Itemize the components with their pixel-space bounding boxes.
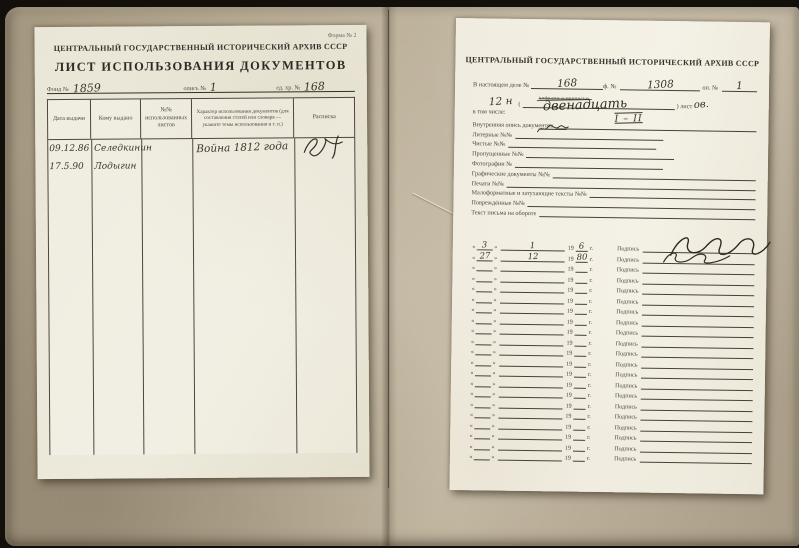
month-blank [500,297,564,305]
sheets-label: ) лист [676,103,692,110]
signature-label: Подпись [617,257,643,263]
field-label: Текст письма на обороте [471,209,539,217]
day-blank [476,328,492,335]
day-blank [474,422,490,429]
month-blank [499,370,563,378]
year-blank: 6 [576,241,588,252]
signature-label: Подпись [614,446,640,452]
day-blank [475,380,491,387]
day-blank [474,412,490,419]
item-value-handwritten: 168 [304,80,326,94]
quote-close: » [491,339,497,345]
field-label: Повреждённые №№ [471,199,527,207]
signature-label: Подпись [616,289,642,295]
month-blank [500,318,564,326]
signature-rows: « 3 » 1 19 6 г. Подпись « 27 » 12 19 80 … [468,240,755,464]
year-blank [575,277,587,284]
day-blank: 3 [477,240,493,251]
signature-label: Подпись [615,373,641,379]
usage-rows: 09.12.86 Селедкинин Война 1812 года 17.5… [48,140,354,178]
month-blank [499,381,563,389]
signature-label: Подпись [617,278,643,284]
year-suffix: г. [587,330,592,336]
year-blank: 80 [576,252,588,263]
column-header-sheets: №№ использованных листов [141,99,192,138]
column-header-usage: Характер использования документов (для с… [192,98,295,138]
item-label: ед. хр. № [276,84,300,91]
table-rule [91,140,94,455]
year-handwritten: 6 [579,242,585,252]
sheet-count-digits-handwritten: 12 н [489,95,513,108]
quote-close: » [491,371,497,377]
folder-crease-line [388,10,389,488]
signature-label: Подпись [616,299,642,305]
crossed-out-scribble-icon [535,123,569,135]
signature-label: Подпись [615,404,641,410]
year-blank [573,455,585,462]
year-blank [575,287,587,294]
year-suffix: г. [587,278,592,284]
signature-label: Подпись [615,415,641,421]
quote-close: » [492,329,498,335]
quote-close: » [493,245,499,251]
case-label: В настоящем деле № [473,81,531,89]
quote-close: » [492,287,498,293]
year-blank [575,308,587,315]
year-suffix: г. [587,267,592,273]
year-blank [574,392,586,399]
quote-close: » [492,318,498,324]
signature-label: Подпись [616,331,642,337]
sheet-count-words-handwritten: двенадцать [542,96,627,114]
signature-flourish-icon [298,134,346,160]
year-prefix: 19 [562,435,573,441]
quote-close: » [490,444,496,450]
opis-value-handwritten: 1 [210,81,218,94]
year-prefix: 19 [564,309,575,315]
day-blank [476,296,492,303]
day-blank [475,338,491,345]
day-blank [475,359,491,366]
day-blank [475,349,491,356]
archive-name-header: ЦЕНТРАЛЬНЫЙ ГОСУДАРСТВЕННЫЙ ИСТОРИЧЕСКИЙ… [465,55,759,68]
year-prefix: 19 [563,351,574,357]
month-blank [498,454,562,462]
paren-open: ( [518,101,520,108]
year-suffix: г. [586,351,591,357]
sheets-suffix-handwritten: ов. [694,99,710,111]
usage-topic-handwritten: Война 1812 года [192,139,295,155]
folder-crease [381,7,397,546]
signature-label: Подпись [617,247,643,253]
year-suffix: г. [587,288,592,294]
quote-close: » [492,277,498,283]
signature-label: Подпись [614,436,640,442]
month-blank [498,412,562,420]
signature-label: Подпись [616,310,642,316]
day-blank [476,275,492,282]
year-suffix: г. [588,246,593,252]
year-blank [575,298,587,305]
year-suffix: г. [585,435,590,441]
month-handwritten: 12 [527,252,538,262]
month-blank [500,265,564,273]
page-title: ЛИСТ ИСПОЛЬЗОВАНИЯ ДОКУМЕНТОВ [35,58,367,75]
case-value-handwritten: 168 [557,77,577,90]
year-prefix: 19 [563,341,574,347]
day-blank [475,391,491,398]
day-blank [476,307,492,314]
year-prefix: 19 [564,288,575,294]
blank-space [101,92,184,93]
field-label: Пропущенные №№ [472,150,527,158]
day-blank: 27 [477,250,493,261]
column-header-receipt: Расписка [294,98,354,137]
signature-label: Подпись [616,320,642,326]
year-blank [574,361,586,368]
year-suffix: г. [586,372,591,378]
year-prefix: 19 [565,257,576,263]
column-header-date: Дата выдачи [48,100,91,139]
quote-close: » [491,360,497,366]
year-prefix: 19 [564,299,575,305]
day-blank [476,265,492,272]
year-suffix: г. [586,362,591,368]
field-label: Чистые №№ [472,141,508,149]
usage-date-handwritten: 17.5.90 [48,160,91,172]
usage-issued-to-handwritten: Лодыгин [91,159,142,171]
signature-label: Подпись [617,268,643,274]
year-prefix: 19 [564,330,575,336]
quote-close: » [491,402,497,408]
year-suffix: г. [586,383,591,389]
day-blank [474,433,490,440]
date-signature-section: « 3 » 1 19 6 г. Подпись « 27 » 12 19 80 … [468,240,755,464]
year-prefix: 19 [562,414,573,420]
signature-label: Подпись [615,425,641,431]
year-prefix: 19 [562,424,573,430]
field-label: Фотографии № [472,160,515,168]
year-blank [573,445,585,452]
signature-label: Подпись [615,383,641,389]
usage-date-handwritten: 09.12.86 [48,142,91,154]
year-prefix: 19 [564,278,575,284]
quote-close: » [490,423,496,429]
year-prefix: 19 [562,445,573,451]
day-blank [476,286,492,293]
year-suffix: г. [587,320,592,326]
opis-label: опись № [183,85,206,92]
year-prefix: 19 [562,456,573,462]
month-blank [498,444,562,452]
year-blank [574,371,586,378]
signature-label: Подпись [616,341,642,347]
day-blank [474,454,490,461]
column-header-issued-to: Кому выдано [91,99,142,138]
year-suffix: г. [586,393,591,399]
signature-label: Подпись [616,352,642,358]
year-blank [573,413,585,420]
table-row: 09.12.86 Селедкинин Война 1812 года [48,140,354,160]
month-blank [499,339,563,347]
month-blank [499,402,563,410]
year-prefix: 19 [563,393,574,399]
fond-line: Фонд № 1859 опись № 1 ед. хр. № 168 [47,76,355,94]
quote-close: » [490,413,496,419]
usage-issued-to-handwritten: Селедкинин [91,141,142,153]
quote-close: » [492,266,498,272]
quote-close: » [493,256,499,262]
archive-name-header: ЦЕНТРАЛЬНЫЙ ГОСУДАРСТВЕННЫЙ ИСТОРИЧЕСКИЙ… [43,42,359,53]
day-blank [475,401,491,408]
table-rule [295,138,298,453]
fond-value-handwritten: 1308 [647,78,674,91]
table-rule [192,139,195,454]
year-suffix: г. [586,404,591,410]
signature-label: Подпись [614,457,640,463]
year-blank [574,340,586,347]
day-blank [475,370,491,377]
signature-label: Подпись [615,362,641,368]
count-words-blank: цифрами и прописью двенадцать [522,94,674,110]
month-handwritten: 1 [530,241,536,251]
year-prefix: 19 [565,246,576,252]
year-blank [573,424,585,431]
year-suffix: г. [586,341,591,347]
condition-fields: Внутренняя опись документов I – II Литер… [471,118,756,220]
day-handwritten: 3 [482,241,488,251]
table-rule [142,139,145,454]
year-blank [575,266,587,273]
opis-blank: 1 [722,79,757,92]
table-row: 17.5.90 Лодыгин [48,158,354,178]
year-blank [574,350,586,357]
fond-label: ф. № [603,83,618,90]
quote-close: » [490,455,496,461]
year-blank [575,329,587,336]
year-blank [575,319,587,326]
form-number-label: Форма № 2 [328,33,357,39]
field-value-handwritten: I – II [614,113,642,125]
opis-label: оп. № [702,84,720,91]
scanned-archive-spread: Форма № 2 ЦЕНТРАЛЬНЫЙ ГОСУДАРСТВЕННЫЙ ИС… [0,0,799,548]
year-prefix: 19 [564,267,575,273]
year-suffix: г. [585,425,590,431]
month-blank [498,423,562,431]
usage-table-body: 09.12.86 Селедкинин Война 1812 года 17.5… [48,138,356,455]
month-blank: 12 [501,251,565,263]
quote-close: » [491,392,497,398]
signature-flourish-icon [661,249,733,268]
quote-close: » [492,308,498,314]
day-blank [476,317,492,324]
fond-value-handwritten: 1859 [73,81,102,95]
usage-table: Дата выдачи Кому выдано №№ использованны… [47,97,357,455]
signature-label: Подпись [615,394,641,400]
month-blank [500,276,564,284]
year-prefix: 19 [564,320,575,326]
quote-close: » [491,350,497,356]
year-blank [574,403,586,410]
month-blank [498,433,562,441]
month-blank [499,391,563,399]
signature-blank-line [640,462,752,465]
left-page-usage-sheet: Форма № 2 ЦЕНТРАЛЬНЫЙ ГОСУДАРСТВЕННЫЙ ИС… [34,25,369,479]
quote-close: » [490,434,496,440]
field-label: Литерные №№ [472,131,515,139]
year-suffix: г. [585,414,590,420]
day-handwritten: 27 [479,251,490,261]
year-suffix: г. [587,309,592,315]
fond-label: Фонд № [47,86,69,93]
year-suffix: г. [587,299,592,305]
month-blank [500,307,564,315]
field-blank-line [539,207,755,220]
opis-value-handwritten: 1 [736,80,743,92]
month-blank [500,328,564,336]
month-blank [499,360,563,368]
year-suffix: г. [588,257,593,263]
year-blank [574,382,586,389]
case-number-line: В настоящем деле № 168 ф. № 1308 оп. № 1 [473,74,757,92]
quote-close: » [491,381,497,387]
month-blank [500,286,564,294]
year-handwritten: 80 [576,253,587,263]
case-blank: 168 [531,76,603,90]
month-blank [499,349,563,357]
year-prefix: 19 [563,372,574,378]
right-page-certification-sheet: ЦЕНТРАЛЬНЫЙ ГОСУДАРСТВЕННЫЙ ИСТОРИЧЕСКИЙ… [449,18,770,494]
year-suffix: г. [585,456,590,462]
year-prefix: 19 [563,382,574,388]
day-blank [474,443,490,450]
quote-close: » [492,298,498,304]
year-blank [573,434,585,441]
field-label: Печати №№ [472,180,507,187]
year-prefix: 19 [563,403,574,409]
year-suffix: г. [585,446,590,452]
fond-blank: 1308 [620,77,700,91]
year-prefix: 19 [563,361,574,367]
